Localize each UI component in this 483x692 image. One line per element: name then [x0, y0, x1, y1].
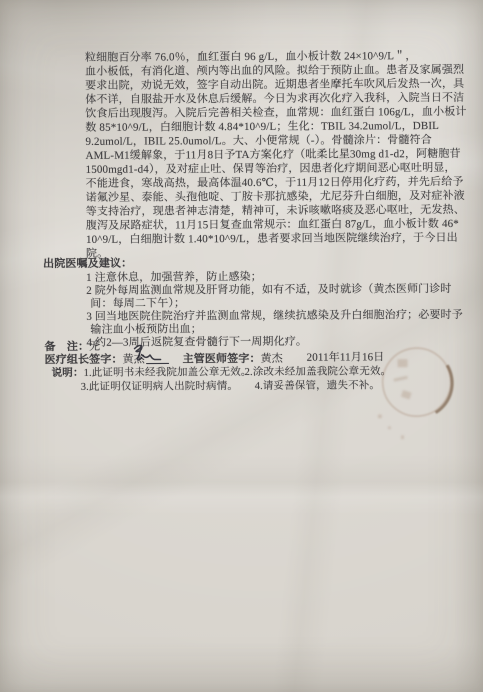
advice-line: 间：每周二下午）； [90, 297, 185, 309]
photographed-discharge-document: 粒细胞百分率 76.0％，血红蛋白 96 g/L，血小板计数 24×10^9/L… [0, 0, 483, 692]
remark-row: 备 注：无 [44, 341, 100, 353]
paper-sheet: 粒细胞百分率 76.0％，血红蛋白 96 g/L，血小板计数 24×10^9/L… [0, 0, 483, 692]
seal-mark [401, 390, 412, 399]
seal-mark [398, 359, 408, 367]
document-date: 2011年11月16日 [307, 351, 385, 363]
seal-mark [394, 376, 408, 382]
seal-speck [378, 414, 382, 418]
footnote-text: 1.此证明书未经我院加盖公章无效。 [84, 367, 252, 379]
report-line: AML-M1缓解象，于11月8日予TA方案化疗（吡柔比星30mg d1-d2，阿… [85, 148, 460, 162]
report-line: 等支持治疗，现患者神志清楚，精神可，未诉咳嗽咯痰及恶心呕吐，无发热、 [86, 204, 465, 218]
report-line: 体不详，自服盐开水及休息后缓解。今日为求再次化疗入我科，入院当日不洁 [85, 92, 464, 106]
report-line: 9.2umol/L，IBIL 25.0umol/L。大、小便常规（-）。骨髓涂片… [85, 134, 431, 148]
report-line: 10^9/L，白细胞计数 1.40*10^9/L，患者要求回当地医院继续治疗，于… [86, 232, 458, 246]
remark-value: 无 [89, 341, 100, 353]
report-line: 要求出院，劝说无效，签字自动出院。近期患者坐摩托车吹风后发热一次，具 [85, 78, 464, 92]
footnote-4: 4.请妥善保管，遗失不补。 [255, 380, 380, 393]
advice-section-header: 出院医嘱及建议： [43, 258, 132, 270]
hospital-seal-stamp [382, 347, 454, 419]
seal-speck [388, 426, 391, 429]
attending-signature-block: 主管医师签字：黄杰 [183, 353, 283, 366]
attending-name: 黄杰 [261, 353, 283, 365]
report-line: 饮食后出现腹泻。入院后完善相关检查，血常规：血红蛋白 106g/L，血小板计 [85, 106, 466, 120]
footnote-2: 2.涂改未经加盖我院公章无效。 [245, 366, 392, 379]
advice-line: 1 注意休息，加强营养，防止感染； [86, 271, 262, 284]
report-line: 血小板低，有消化道、颅内等出血的风险。拟给于预防止血。患者及家属强烈 [85, 64, 464, 78]
seal-arc [374, 340, 461, 427]
advice-line: 3 回当地医院住院治疗并监测血常规，继续抗感染及升白细胞治疗；必要时予 [86, 309, 463, 323]
team-leader-label: 医疗组长签字： [45, 354, 123, 366]
seal-ring [377, 342, 456, 421]
footnote-1: 说明：1.此证明书未经我院加盖公章无效。 [52, 367, 252, 380]
remark-label: 备 注： [44, 341, 89, 353]
footnote-3: 3.此证明仅证明病人出院时病情。 [81, 381, 238, 394]
handwritten-signature [127, 342, 183, 366]
advice-line: 4 约2—3周后返院复查骨髓行下一周期化疗。 [86, 336, 307, 349]
advice-line: 输注血小板预防出血； [90, 323, 202, 336]
footnotes-label: 说明： [52, 368, 84, 379]
report-line: 不能进食，寒战高热，最高体温40.6℃，于11月12日停用化疗药，并先后给予 [86, 176, 464, 190]
report-line: 1500mgd1-d4），及对症止吐、保胃等治疗，因患者化疗期间恶心呕吐明显， [86, 162, 456, 176]
seal-speck [401, 435, 404, 439]
report-line: 诺氟沙星、泰能、头孢他啶、丁胺卡那抗感染，尤尼芬升白细胞，及对症补液 [86, 190, 465, 204]
advice-line: 2 院外每周监测血常规及肝肾功能，如有不适，及时就诊（黄杰医师门诊时 [86, 283, 451, 297]
attending-label: 主管医师签字： [183, 353, 261, 365]
report-line: 腹泻及尿路症状，11月15日复查血常规示：血红蛋白 87g/L，血小板计数 46… [86, 218, 459, 232]
report-line: 粒细胞百分率 76.0％，血红蛋白 96 g/L，血小板计数 24×10^9/L… [85, 50, 417, 64]
report-line: 数 85*10^9/L，白细胞计数 4.84*10^9/L；生化：TBIL 34… [85, 120, 439, 134]
